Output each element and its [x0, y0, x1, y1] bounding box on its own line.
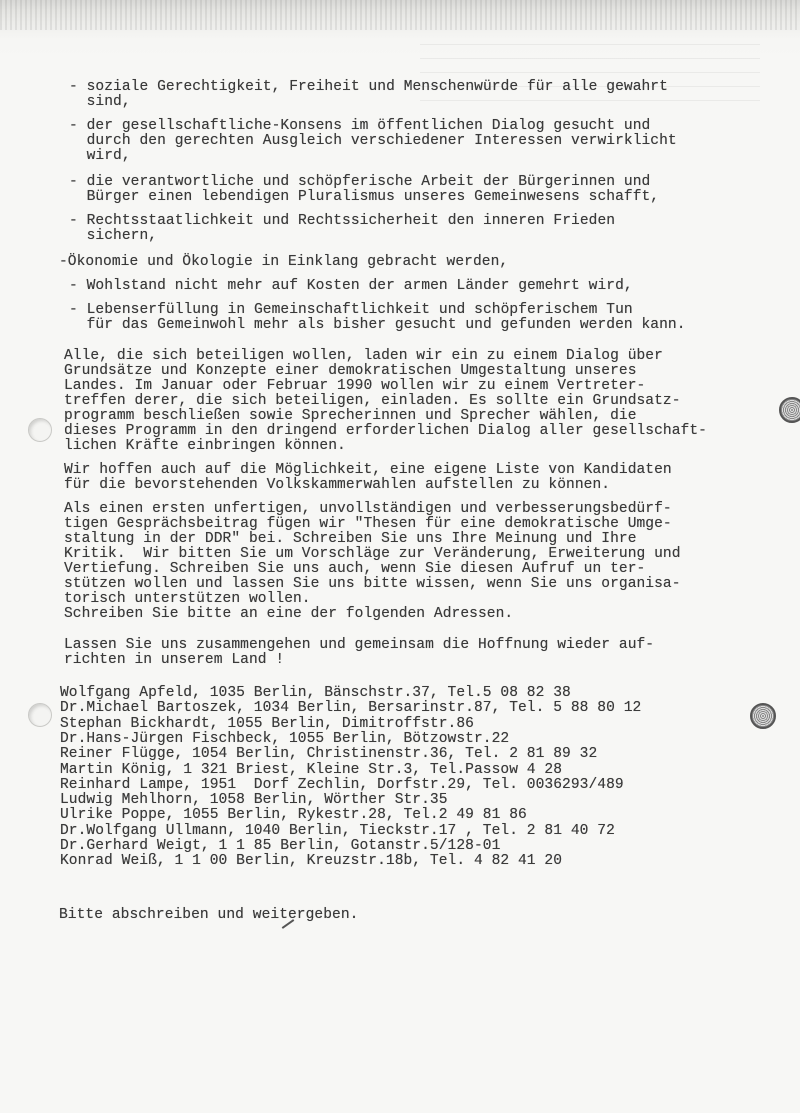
para-3-line-2: tigen Gesprächsbeitrag fügen wir "Thesen…	[64, 517, 672, 532]
address-entry: Dr.Wolfgang Ullmann, 1040 Berlin, Tiecks…	[60, 824, 615, 839]
address-entry: Ulrike Poppe, 1055 Berlin, Rykestr.28, T…	[60, 808, 527, 823]
bullet-4-line-1: - Rechtsstaatlichkeit und Rechtssicherhe…	[69, 214, 615, 229]
para-2-line-1: Wir hoffen auch auf die Möglichkeit, ein…	[64, 463, 672, 478]
address-entry: Dr.Hans-Jürgen Fischbeck, 1055 Berlin, B…	[60, 732, 509, 747]
para-3-line-8: Schreiben Sie bitte an eine der folgende…	[64, 607, 513, 622]
address-entry: Wolfgang Apfeld, 1035 Berlin, Bänschstr.…	[60, 686, 571, 701]
bullet-1-line-1: - soziale Gerechtigkeit, Freiheit und Me…	[69, 80, 668, 95]
para-3-line-1: Als einen ersten unfertigen, unvollständ…	[64, 502, 672, 517]
bullet-2-line-3: wird,	[69, 149, 131, 164]
para-1-line-3: Landes. Im Januar oder Februar 1990 woll…	[64, 379, 645, 394]
para-1-line-5: programm beschließen sowie Sprecherinnen…	[64, 409, 637, 424]
address-entry: Stephan Bickhardt, 1055 Berlin, Dimitrof…	[60, 717, 474, 732]
bullet-2-line-1: - der gesellschaftliche-Konsens im öffen…	[69, 119, 650, 134]
bullet-5-line-1: - Wohlstand nicht mehr auf Kosten der ar…	[69, 279, 633, 294]
address-entry: Konrad Weiß, 1 1 00 Berlin, Kreuzstr.18b…	[60, 854, 562, 869]
para-3-line-6: stützen wollen und lassen Sie uns bitte …	[64, 577, 681, 592]
para-3-line-7: torisch unterstützen wollen.	[64, 592, 311, 607]
para-1-line-2: Grundsätze und Konzepte einer demokratis…	[64, 364, 637, 379]
para-2-line-2: für die bevorstehenden Volkskammerwahlen…	[64, 478, 610, 493]
para-3-line-3: staltung in der DDR" bei. Schreiben Sie …	[64, 532, 637, 547]
para-3-line-5: Vertiefung. Schreiben Sie uns auch, wenn…	[64, 562, 645, 577]
typewritten-page: - soziale Gerechtigkeit, Freiheit und Me…	[0, 0, 800, 1113]
address-entry: Martin König, 1 321 Briest, Kleine Str.3…	[60, 763, 562, 778]
address-entry: Ludwig Mehlhorn, 1058 Berlin, Wörther St…	[60, 793, 448, 808]
bullet-6-line-2: für das Gemeinwohl mehr als bisher gesuc…	[69, 318, 686, 333]
para-1-line-4: treffen derer, die sich beteiligen, einl…	[64, 394, 681, 409]
closing-line: Bitte abschreiben und weitergeben.	[59, 908, 358, 923]
para-1-line-6: dieses Programm in den dringend erforder…	[64, 424, 707, 439]
para-4-line-2: richten in unserem Land !	[64, 653, 284, 668]
para-1-line-1: Alle, die sich beteiligen wollen, laden …	[64, 349, 663, 364]
bullet-1-line-2: sind,	[69, 95, 131, 110]
address-entry: Reiner Flügge, 1054 Berlin, Christinenst…	[60, 747, 597, 762]
para-3-line-4: Kritik. Wir bitten Sie um Vorschläge zur…	[64, 547, 681, 562]
bullet-2-line-2: durch den gerechten Ausgleich verschiede…	[69, 134, 677, 149]
section-heading: -Ökonomie und Ökologie in Einklang gebra…	[59, 255, 508, 270]
address-entry: Dr.Michael Bartoszek, 1034 Berlin, Bersa…	[60, 701, 641, 716]
bullet-6-line-1: - Lebenserfüllung in Gemeinschaftlichkei…	[69, 303, 633, 318]
bullet-3-line-1: - die verantwortliche und schöpferische …	[69, 175, 650, 190]
bullet-4-line-2: sichern,	[69, 229, 157, 244]
bullet-3-line-2: Bürger einen lebendigen Pluralismus unse…	[69, 190, 659, 205]
address-entry: Dr.Gerhard Weigt, 1 1 85 Berlin, Gotanst…	[60, 839, 500, 854]
document-body: - soziale Gerechtigkeit, Freiheit und Me…	[0, 0, 800, 825]
address-entry: Reinhard Lampe, 1951 Dorf Zechlin, Dorfs…	[60, 778, 624, 793]
para-4-line-1: Lassen Sie uns zusammengehen und gemeins…	[64, 638, 654, 653]
para-1-line-7: lichen Kräfte einbringen können.	[64, 439, 346, 454]
